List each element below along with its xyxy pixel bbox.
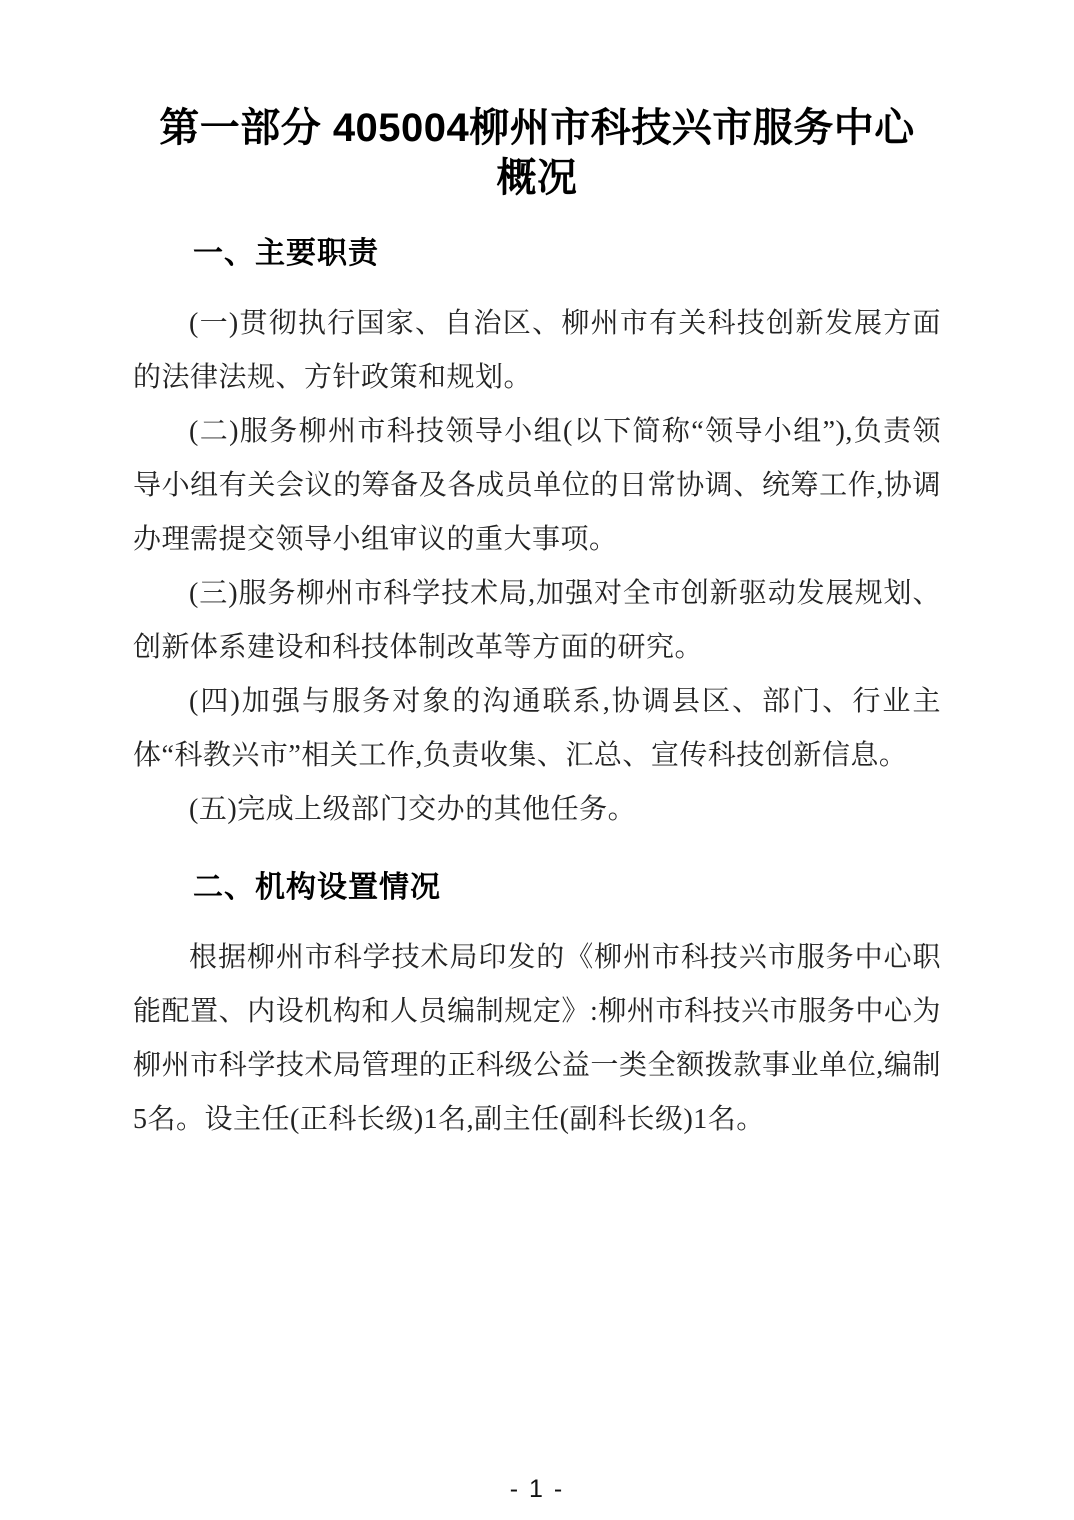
page-number: - 1 - (0, 1475, 1074, 1504)
document-page: 第一部分 405004柳州市科技兴市服务中心概况 一、主要职责 (一)贯彻执行国… (0, 0, 1074, 1520)
paragraph-duty-1: (一)贯彻执行国家、自治区、柳州市有关科技创新发展方面的法律法规、方针政策和规划… (133, 297, 941, 405)
document-title: 第一部分 405004柳州市科技兴市服务中心概况 (151, 103, 923, 203)
paragraph-duty-2: (二)服务柳州市科技领导小组(以下简称“领导小组”),负责领导小组有关会议的筹备… (133, 405, 941, 567)
section-heading-organization: 二、机构设置情况 (133, 869, 941, 907)
section-heading-main-duties: 一、主要职责 (133, 235, 941, 273)
paragraph-duty-4: (四)加强与服务对象的沟通联系,协调县区、部门、行业主体“科教兴市”相关工作,负… (133, 675, 941, 783)
paragraph-organization: 根据柳州市科学技术局印发的《柳州市科技兴市服务中心职能配置、内设机构和人员编制规… (133, 931, 941, 1147)
paragraph-duty-5: (五)完成上级部门交办的其他任务。 (133, 783, 941, 837)
paragraph-duty-3: (三)服务柳州市科学技术局,加强对全市创新驱动发展规划、创新体系建设和科技体制改… (133, 567, 941, 675)
